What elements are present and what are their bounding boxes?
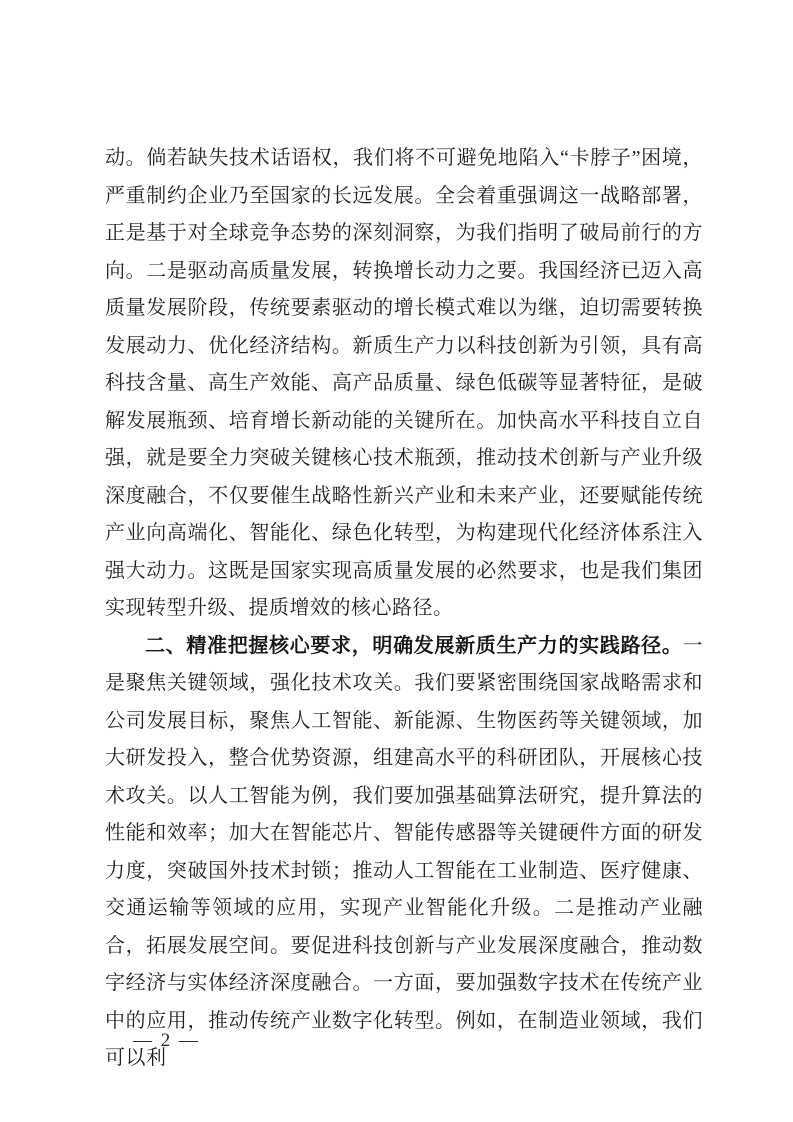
document-page: 动。倘若缺失技术话语权，我们将不可避免地陷入“卡脖子”困境，严重制约企业乃至国家… (0, 0, 793, 1122)
page-number: — 2 — (133, 1030, 200, 1052)
document-body: 动。倘若缺失技术话语权，我们将不可避免地陷入“卡脖子”困境，严重制约企业乃至国家… (105, 140, 703, 1078)
paragraph-continuation: 动。倘若缺失技术话语权，我们将不可避免地陷入“卡脖子”困境，严重制约企业乃至国家… (105, 140, 703, 628)
section-two-body-text: 一是聚焦关键领域，强化技术攻关。我们要紧密围绕国家战略需求和公司发展目标，聚焦人… (105, 635, 703, 1070)
paragraph-section-two: 二、精准把握核心要求，明确发展新质生产力的实践路径。一是聚焦关键领域，强化技术攻… (105, 628, 703, 1078)
section-two-heading: 二、精准把握核心要求，明确发展新质生产力的实践路径。 (145, 635, 683, 657)
